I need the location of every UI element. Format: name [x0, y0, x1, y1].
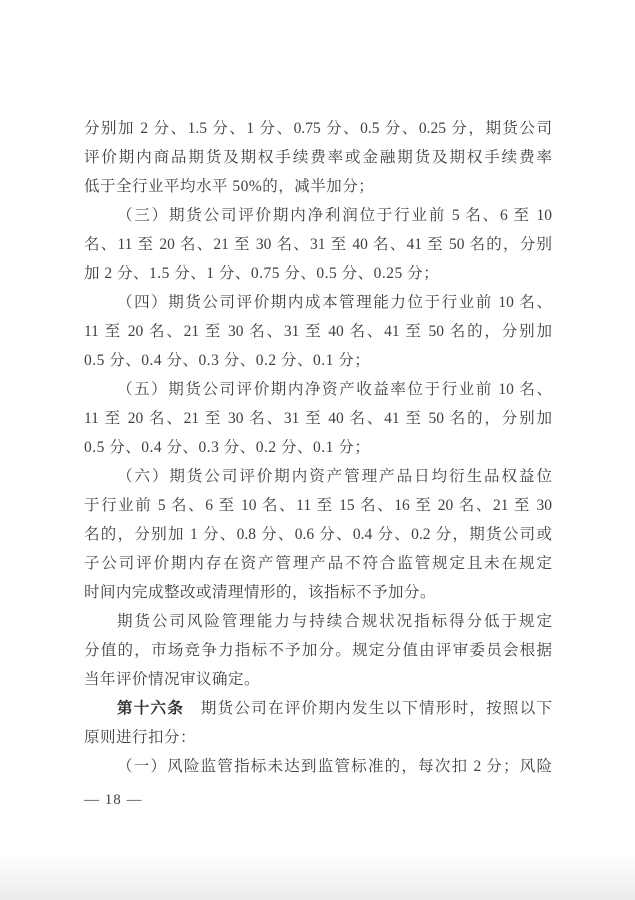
- text-line: 时间内完成整改或清理情形的，该指标不予加分。: [84, 578, 552, 607]
- text-line: （六）期货公司评价期内资产管理产品日均衍生品权益位: [84, 462, 552, 491]
- text-line: 11 至 20 名、21 至 30 名、31 至 40 名、41 至 50 名的…: [84, 404, 552, 433]
- text-line: 期货公司风险管理能力与持续合规状况指标得分低于规定: [84, 607, 552, 636]
- text-segment: 11 至 20 名、21 至 30 名、31 至 40 名、41 至 50 名的…: [84, 410, 552, 427]
- text-line: 当年评价情况审议确定。: [84, 665, 552, 694]
- page-number: — 18 —: [84, 792, 143, 809]
- text-line: 名、11 至 20 名、21 至 30 名、31 至 40 名、41 至 50 …: [84, 230, 552, 259]
- text-line: 评价期内商品期货及期权手续费率或金融期货及期权手续费率: [84, 143, 552, 172]
- text-segment: 原则进行扣分：: [84, 729, 196, 746]
- text-segment: （五）期货公司评价期内净资产收益率位于行业前 10 名、: [117, 381, 552, 398]
- text-segment: 期货公司在评价期内发生以下情形时，按照以下: [184, 700, 552, 717]
- text-line: 原则进行扣分：: [84, 723, 552, 752]
- text-segment: 评价期内商品期货及期权手续费率或金融期货及期权手续费率: [84, 149, 552, 166]
- text-line: （一）风险监管指标未达到监管标准的，每次扣 2 分；风险: [84, 752, 552, 781]
- text-segment: 0.5 分、0.4 分、0.3 分、0.2 分、0.1 分；: [84, 439, 370, 456]
- text-line: 子公司评价期内存在资产管理产品不符合监管规定且未在规定: [84, 549, 552, 578]
- text-segment: （六）期货公司评价期内资产管理产品日均衍生品权益位: [117, 468, 552, 485]
- text-segment: 子公司评价期内存在资产管理产品不符合监管规定且未在规定: [84, 555, 552, 572]
- text-segment: 名、11 至 20 名、21 至 30 名、31 至 40 名、41 至 50 …: [84, 236, 552, 253]
- text-segment: 于行业前 5 名、6 至 10 名、11 至 15 名、16 至 20 名、21…: [84, 497, 552, 514]
- text-line: 加 2 分、1.5 分、1 分、0.75 分、0.5 分、0.25 分；: [84, 259, 552, 288]
- text-segment: 加 2 分、1.5 分、1 分、0.75 分、0.5 分、0.25 分；: [84, 265, 439, 282]
- text-line: 分值的，市场竞争力指标不予加分。规定分值由评审委员会根据: [84, 636, 552, 665]
- document-body: 分别加 2 分、1.5 分、1 分、0.75 分、0.5 分、0.25 分，期货…: [84, 114, 552, 781]
- document-page: 分别加 2 分、1.5 分、1 分、0.75 分、0.5 分、0.25 分，期货…: [0, 0, 635, 900]
- text-segment: 11 至 20 名、21 至 30 名、31 至 40 名、41 至 50 名的…: [84, 323, 552, 340]
- text-line: 第十六条 期货公司在评价期内发生以下情形时，按照以下: [84, 694, 552, 723]
- text-segment: 分值的，市场竞争力指标不予加分。规定分值由评审委员会根据: [84, 642, 552, 659]
- text-segment: 低于全行业平均水平 50%的，减半加分；: [84, 178, 374, 195]
- text-segment: 名的，分别加 1 分、0.8 分、0.6 分、0.4 分、0.2 分，期货公司或: [84, 526, 552, 543]
- text-line: 11 至 20 名、21 至 30 名、31 至 40 名、41 至 50 名的…: [84, 317, 552, 346]
- text-segment: 0.5 分、0.4 分、0.3 分、0.2 分、0.1 分；: [84, 352, 370, 369]
- article-number: 第十六条: [117, 700, 184, 717]
- text-segment: 时间内完成整改或清理情形的，该指标不予加分。: [84, 584, 436, 601]
- text-segment: 期货公司风险管理能力与持续合规状况指标得分低于规定: [117, 613, 552, 630]
- text-segment: （一）风险监管指标未达到监管标准的，每次扣 2 分；风险: [117, 758, 552, 775]
- text-line: 低于全行业平均水平 50%的，减半加分；: [84, 172, 552, 201]
- text-segment: （三）期货公司评价期内净利润位于行业前 5 名、6 至 10: [117, 207, 552, 224]
- text-line: 于行业前 5 名、6 至 10 名、11 至 15 名、16 至 20 名、21…: [84, 491, 552, 520]
- text-line: （三）期货公司评价期内净利润位于行业前 5 名、6 至 10: [84, 201, 552, 230]
- text-segment: 当年评价情况审议确定。: [84, 671, 260, 688]
- text-line: 分别加 2 分、1.5 分、1 分、0.75 分、0.5 分、0.25 分，期货…: [84, 114, 552, 143]
- text-line: （五）期货公司评价期内净资产收益率位于行业前 10 名、: [84, 375, 552, 404]
- text-line: 0.5 分、0.4 分、0.3 分、0.2 分、0.1 分；: [84, 346, 552, 375]
- text-line: （四）期货公司评价期内成本管理能力位于行业前 10 名、: [84, 288, 552, 317]
- text-line: 名的，分别加 1 分、0.8 分、0.6 分、0.4 分、0.2 分，期货公司或: [84, 520, 552, 549]
- text-line: 0.5 分、0.4 分、0.3 分、0.2 分、0.1 分；: [84, 433, 552, 462]
- text-segment: （四）期货公司评价期内成本管理能力位于行业前 10 名、: [117, 294, 552, 311]
- text-segment: 分别加 2 分、1.5 分、1 分、0.75 分、0.5 分、0.25 分，期货…: [84, 120, 552, 137]
